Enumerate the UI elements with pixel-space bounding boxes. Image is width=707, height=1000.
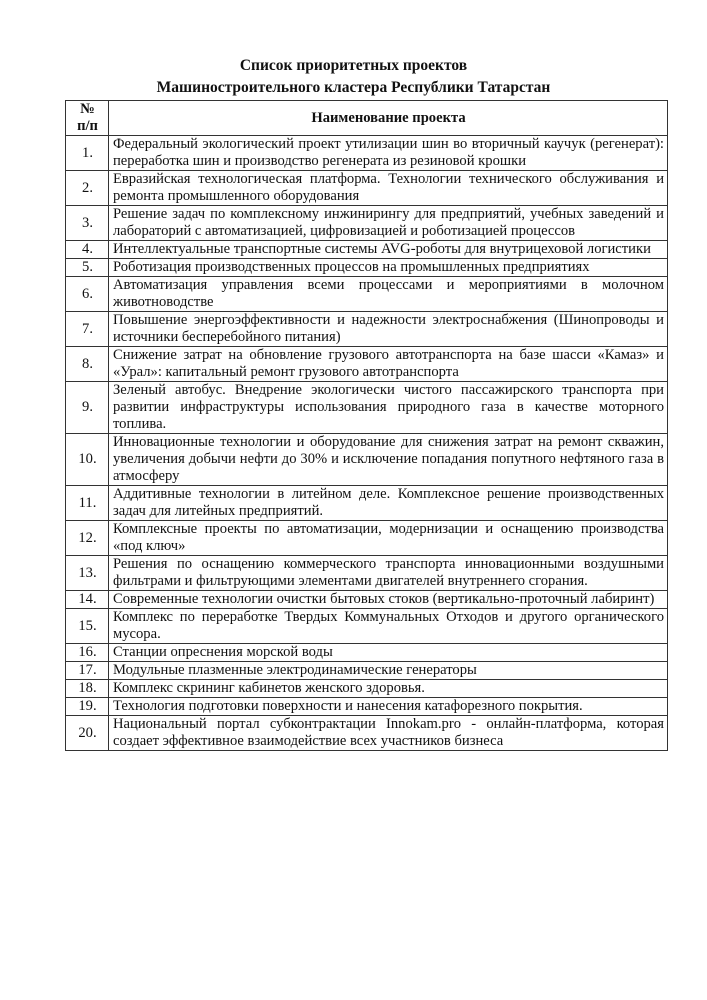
project-name: Современные технологии очистки бытовых с… [109, 591, 668, 609]
project-name: Решение задач по комплексному инжиниринг… [109, 206, 668, 241]
table-row: 12.Комплексные проекты по автоматизации,… [66, 521, 668, 556]
table-row: 9.Зеленый автобус. Внедрение экологическ… [66, 382, 668, 434]
project-name: Снижение затрат на обновление грузового … [109, 347, 668, 382]
row-number: 10. [66, 434, 109, 486]
table-row: 10.Инновационные технологии и оборудован… [66, 434, 668, 486]
title-line-2: Машиностроительного кластера Республики … [0, 77, 707, 99]
table-row: 5.Роботизация производственных процессов… [66, 259, 668, 277]
row-number: 2. [66, 171, 109, 206]
table-body: 1.Федеральный экологический проект утили… [66, 136, 668, 751]
project-name: Решения по оснащению коммерческого транс… [109, 556, 668, 591]
row-number: 14. [66, 591, 109, 609]
project-name: Национальный портал субконтрактации Inno… [109, 716, 668, 751]
row-number: 11. [66, 486, 109, 521]
number-sign: № [70, 101, 105, 118]
project-name: Комплекс скрининг кабинетов женского здо… [109, 680, 668, 698]
project-name: Станции опреснения морской воды [109, 644, 668, 662]
table-row: 7.Повышение энергоэффективности и надежн… [66, 312, 668, 347]
row-number: 8. [66, 347, 109, 382]
title-line-1: Список приоритетных проектов [0, 55, 707, 77]
table-row: 16.Станции опреснения морской воды [66, 644, 668, 662]
table-row: 15.Комплекс по переработке Твердых Комму… [66, 609, 668, 644]
table-row: 4.Интеллектуальные транспортные системы … [66, 241, 668, 259]
table-row: 18.Комплекс скрининг кабинетов женского … [66, 680, 668, 698]
table-row: 8.Снижение затрат на обновление грузовог… [66, 347, 668, 382]
row-number: 5. [66, 259, 109, 277]
table-header-row: № п/п Наименование проекта [66, 101, 668, 136]
table-row: 11.Аддитивные технологии в литейном деле… [66, 486, 668, 521]
project-name: Федеральный экологический проект утилиза… [109, 136, 668, 171]
row-number: 16. [66, 644, 109, 662]
project-name: Автоматизация управления всеми процессам… [109, 277, 668, 312]
number-abbrev: п/п [70, 118, 105, 135]
table-row: 17.Модульные плазменные электродинамичес… [66, 662, 668, 680]
projects-table: № п/п Наименование проекта 1.Федеральный… [65, 100, 668, 751]
table-row: 6.Автоматизация управления всеми процесс… [66, 277, 668, 312]
row-number: 18. [66, 680, 109, 698]
row-number: 12. [66, 521, 109, 556]
row-number: 20. [66, 716, 109, 751]
table-row: 13.Решения по оснащению коммерческого тр… [66, 556, 668, 591]
project-name: Зеленый автобус. Внедрение экологически … [109, 382, 668, 434]
row-number: 3. [66, 206, 109, 241]
project-name: Роботизация производственных процессов н… [109, 259, 668, 277]
column-header-name: Наименование проекта [109, 101, 668, 136]
project-name: Технология подготовки поверхности и нане… [109, 698, 668, 716]
document-title: Список приоритетных проектов Машинострои… [0, 55, 707, 99]
project-name: Интеллектуальные транспортные системы AV… [109, 241, 668, 259]
table-row: 14.Современные технологии очистки бытовы… [66, 591, 668, 609]
project-name: Модульные плазменные электродинамические… [109, 662, 668, 680]
row-number: 9. [66, 382, 109, 434]
table-row: 20.Национальный портал субконтрактации I… [66, 716, 668, 751]
table-row: 19.Технология подготовки поверхности и н… [66, 698, 668, 716]
project-name: Евразийская технологическая платформа. Т… [109, 171, 668, 206]
column-header-number: № п/п [66, 101, 109, 136]
row-number: 7. [66, 312, 109, 347]
project-name: Аддитивные технологии в литейном деле. К… [109, 486, 668, 521]
row-number: 19. [66, 698, 109, 716]
row-number: 13. [66, 556, 109, 591]
table-row: 1.Федеральный экологический проект утили… [66, 136, 668, 171]
project-name: Повышение энергоэффективности и надежнос… [109, 312, 668, 347]
row-number: 15. [66, 609, 109, 644]
project-name: Инновационные технологии и оборудование … [109, 434, 668, 486]
project-name: Комплекс по переработке Твердых Коммунал… [109, 609, 668, 644]
row-number: 1. [66, 136, 109, 171]
row-number: 6. [66, 277, 109, 312]
project-name: Комплексные проекты по автоматизации, мо… [109, 521, 668, 556]
table-row: 2.Евразийская технологическая платформа.… [66, 171, 668, 206]
row-number: 17. [66, 662, 109, 680]
row-number: 4. [66, 241, 109, 259]
table-row: 3.Решение задач по комплексному инжинири… [66, 206, 668, 241]
